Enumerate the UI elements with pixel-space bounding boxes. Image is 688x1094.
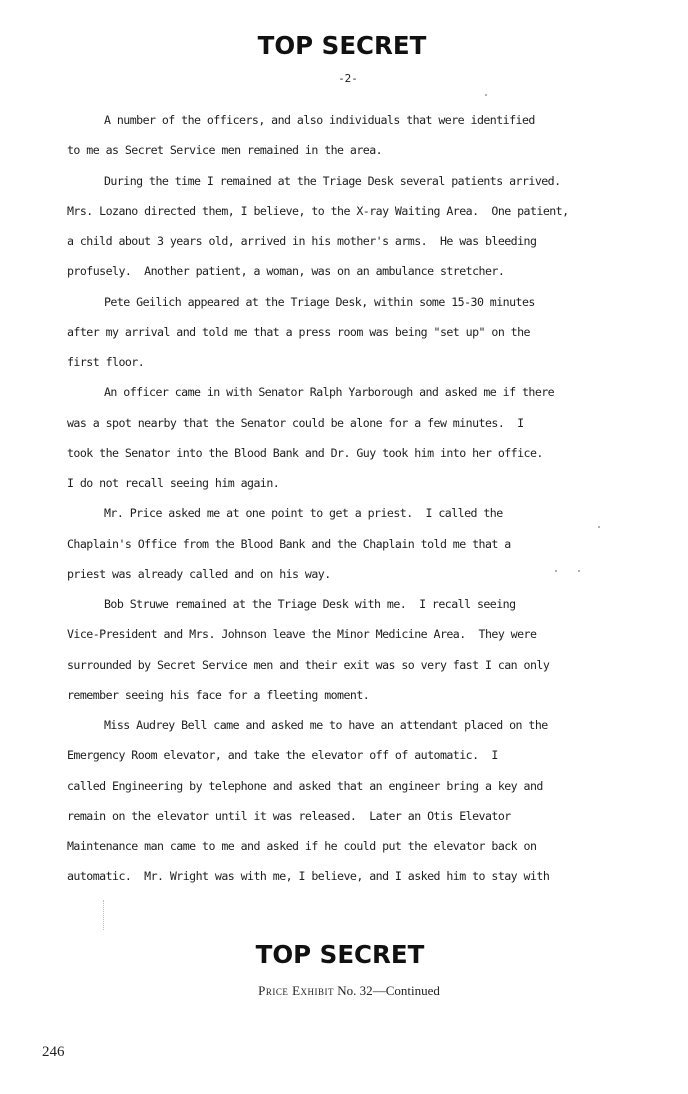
text-line: first floor. — [67, 347, 667, 377]
page-number: 246 — [42, 1044, 65, 1061]
text-line: surrounded by Secret Service men and the… — [67, 650, 667, 680]
text-line: profusely. Another patient, a woman, was… — [67, 256, 667, 286]
page-marker: -2- — [0, 72, 688, 85]
typed-body-text: A number of the officers, and also indiv… — [67, 105, 667, 892]
text-line: Mrs. Lozano directed them, I believe, to… — [67, 196, 667, 226]
text-line: Mr. Price asked me at one point to get a… — [67, 498, 667, 528]
text-line: after my arrival and told me that a pres… — [67, 317, 667, 347]
text-line: to me as Secret Service men remained in … — [67, 135, 667, 165]
scan-speck — [598, 526, 600, 528]
exhibit-suffix: —Continued — [373, 983, 440, 998]
text-line: a child about 3 years old, arrived in hi… — [67, 226, 667, 256]
classification-stamp-top: TOP SECRET — [5, 31, 679, 60]
text-line: Miss Audrey Bell came and asked me to ha… — [67, 710, 667, 740]
text-line: During the time I remained at the Triage… — [67, 166, 667, 196]
text-line: Maintenance man came to me and asked if … — [67, 831, 667, 861]
text-line: was a spot nearby that the Senator could… — [67, 408, 667, 438]
scan-speck — [555, 570, 557, 572]
margin-mark — [103, 900, 105, 930]
exhibit-label: Price Exhibit — [258, 983, 334, 998]
text-line: A number of the officers, and also indiv… — [67, 105, 667, 135]
text-line: Emergency Room elevator, and take the el… — [67, 740, 667, 770]
exhibit-number: No. 32 — [337, 983, 372, 998]
scan-speck — [578, 570, 580, 572]
text-line: Vice-President and Mrs. Johnson leave th… — [67, 619, 667, 649]
text-line: priest was already called and on his way… — [67, 559, 667, 589]
text-line: An officer came in with Senator Ralph Ya… — [67, 377, 667, 407]
scan-speck — [485, 94, 487, 96]
text-line: I do not recall seeing him again. — [67, 468, 667, 498]
text-line: called Engineering by telephone and aske… — [67, 771, 667, 801]
text-line: Pete Geilich appeared at the Triage Desk… — [67, 287, 667, 317]
text-line: Bob Struwe remained at the Triage Desk w… — [67, 589, 667, 619]
exhibit-caption: Price Exhibit No. 32—Continued — [0, 983, 688, 999]
classification-stamp-bottom: TOP SECRET — [3, 940, 677, 969]
text-line: took the Senator into the Blood Bank and… — [67, 438, 667, 468]
text-line: remember seeing his face for a fleeting … — [67, 680, 667, 710]
text-line: automatic. Mr. Wright was with me, I bel… — [67, 861, 667, 891]
text-line: remain on the elevator until it was rele… — [67, 801, 667, 831]
text-line: Chaplain's Office from the Blood Bank an… — [67, 529, 667, 559]
